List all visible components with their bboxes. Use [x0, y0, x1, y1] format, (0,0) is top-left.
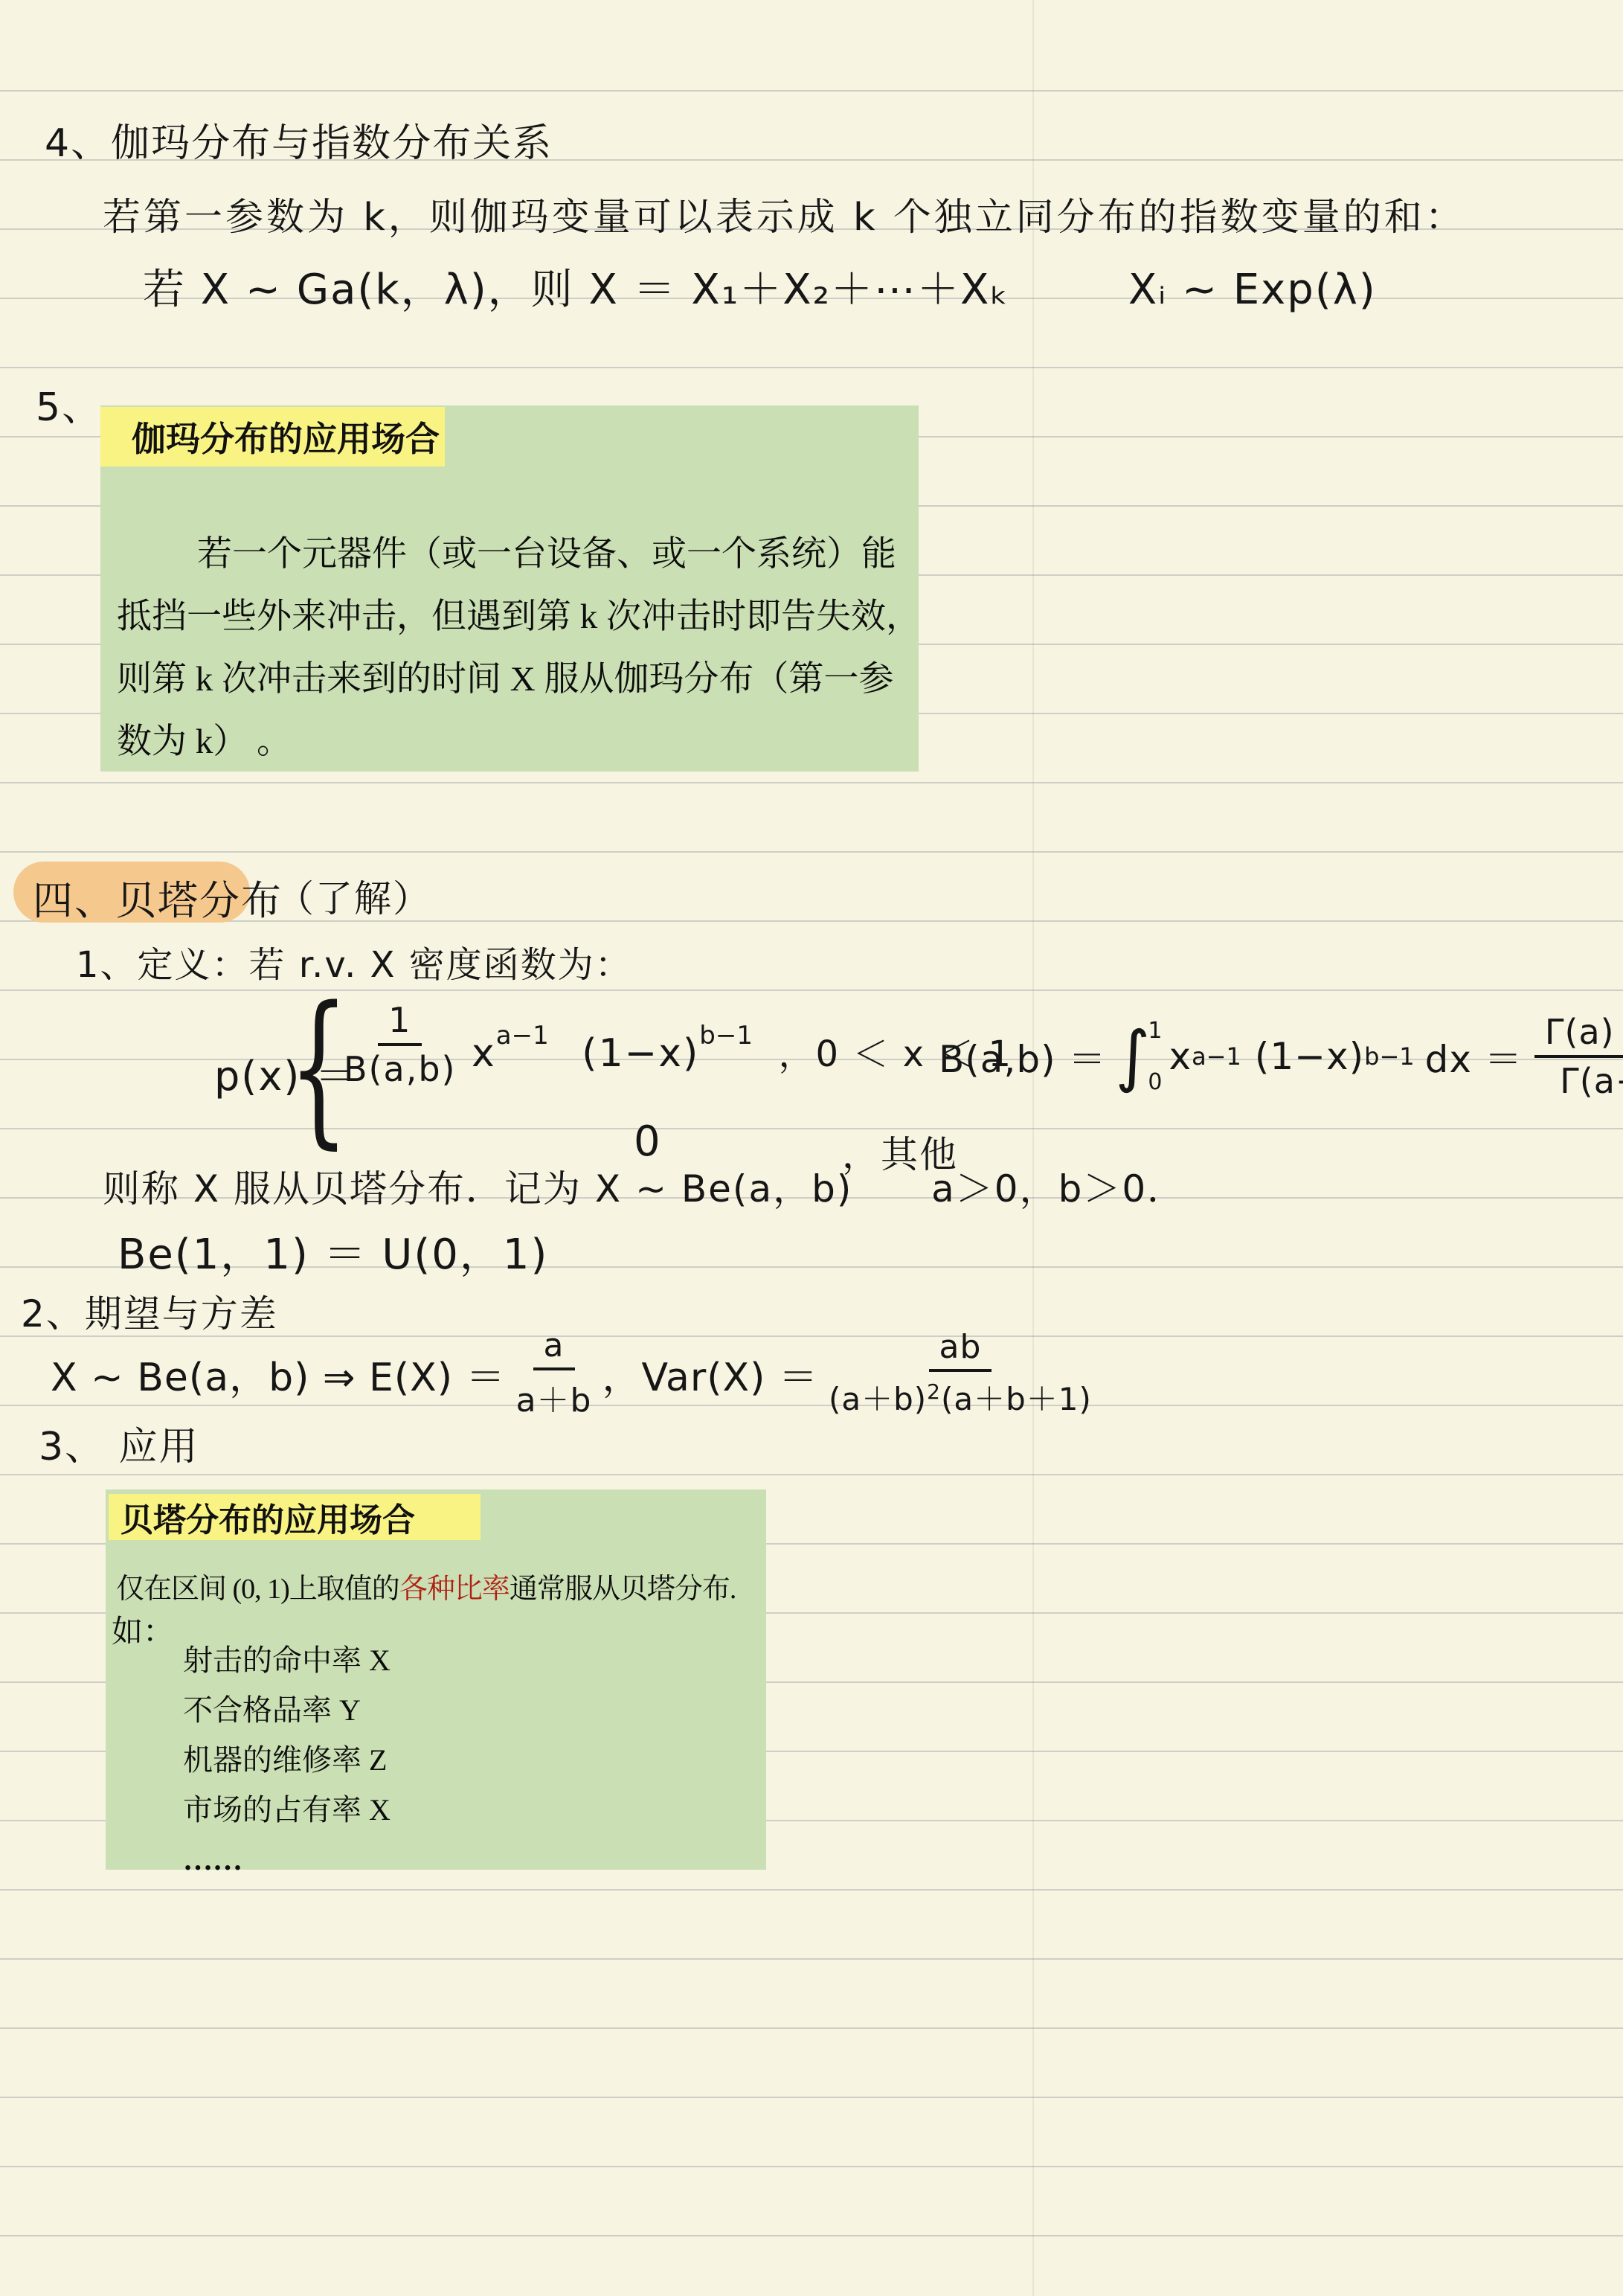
pdf-x: x [472, 1031, 496, 1076]
beta-pdf-kernel: xa−1 (1−x)b−1 ，0 ＜ x ＜ 1 [472, 1021, 1012, 1077]
variance-denominator: (a＋b)2(a＋b＋1) [829, 1372, 1092, 1420]
gamma-box-line: 数为 k） 。 [117, 711, 902, 773]
gamma-application-box: 伽玛分布的应用场合 若一个元器件（或一台设备、或一个系统）能 抵挡一些外来冲击，… [100, 405, 919, 772]
pdf-exponent-a: a−1 [496, 1021, 549, 1051]
list-item-ellipsis: …… [183, 1835, 391, 1885]
piecewise-brace: { [289, 976, 349, 1158]
gamma-ratio-fraction: Γ(a) Γ(b) Γ(a+b) [1534, 1012, 1623, 1101]
list-item: 射击的命中率 X [183, 1635, 391, 1685]
integral-bounds: 1 0 [1148, 1018, 1163, 1095]
expectation-numerator: a [533, 1327, 575, 1370]
moments-formula: X ~ Be(a，b) ⇒ E(X) ＝ a a＋b ，Var(X) ＝ ab … [51, 1329, 1092, 1418]
section4-description: 若第一参数为 k，则伽玛变量可以表示成 k 个独立同分布的指数变量的和： [103, 186, 1466, 241]
beta-follows-line: 则称 X 服从贝塔分布．记为 X ~ Be(a，b) a＞0，b＞0． [103, 1159, 1186, 1213]
beta-pdf-fraction: 1 B(a,b) [344, 1000, 456, 1089]
gamma-box-title-highlight: 伽玛分布的应用场合 [100, 407, 445, 466]
beta-pdf-fraction-numerator: 1 [378, 1000, 422, 1046]
integral-upper-bound: 1 [1148, 1018, 1163, 1044]
gamma-ratio-denominator: Γ(a+b) [1560, 1058, 1623, 1101]
moments-lead: X ~ Be(a，b) ⇒ E(X) ＝ [51, 1346, 506, 1402]
expectation-denominator: a＋b [516, 1370, 592, 1421]
beta-pdf-fraction-denominator: B(a,b) [344, 1046, 456, 1089]
gamma-box-line: 若一个元器件（或一台设备、或一个系统）能 [117, 523, 902, 586]
gamma-box-body: 若一个元器件（或一台设备、或一个系统）能 抵挡一些外来冲击，但遇到第 k 次冲击… [117, 523, 902, 773]
gamma-sum-formula-tail: Xᵢ ~ Exp(λ) [1128, 266, 1377, 314]
beta-section-badge: 四、贝塔分布 [33, 869, 283, 926]
beta-definition-line: 1、定义：若 r.v. X 密度函数为： [76, 936, 632, 987]
beta-application-box: 贝塔分布的应用场合 仅在区间 (0, 1)上取值的各种比率通常服从贝塔分布. 如… [106, 1489, 766, 1870]
beta-fn-dx: dx ＝ [1425, 1030, 1523, 1083]
beta-function-formula: B(a,b) ＝ ∫ 1 0 xa−1 (1−x)b−1 dx ＝ Γ(a) Γ… [939, 997, 1623, 1116]
gamma-ratio-numerator: Γ(a) Γ(b) [1534, 1012, 1623, 1058]
list-item: 不合格品率 Y [183, 1685, 391, 1735]
gamma-box-line: 抵挡一些外来冲击，但遇到第 k 次冲击时即告失效， [117, 586, 902, 648]
beta-box-title: 贝塔分布的应用场合 [109, 1493, 415, 1541]
variance-fraction: ab (a＋b)2(a＋b＋1) [829, 1328, 1092, 1420]
beta-section-badge-suffix: （了解） [277, 869, 431, 923]
beta-fn-lhs: B(a,b) ＝ [939, 1030, 1106, 1083]
pdf-one-minus-x: (1−x) [582, 1031, 699, 1076]
beta-parameter-condition: a＞0，b＞0． [931, 1167, 1186, 1210]
variance-den-b: (a＋b＋1) [941, 1381, 1092, 1417]
item5-label: 5、 [36, 376, 102, 432]
beta-fn-x: x [1169, 1035, 1192, 1078]
list-item: 市场的占有率 X [183, 1785, 391, 1835]
section4-heading: 4、伽玛分布与指数分布关系 [45, 112, 553, 167]
application-heading: 3、 应用 [39, 1415, 199, 1471]
variance-den-a: (a＋b) [829, 1381, 927, 1417]
notebook-page: 4、伽玛分布与指数分布关系 若第一参数为 k，则伽玛变量可以表示成 k 个独立同… [0, 0, 1623, 2296]
beta-box-summary-prefix: 仅在区间 (0, 1)上取值的 [116, 1574, 399, 1605]
beta-box-example-list: 射击的命中率 X 不合格品率 Y 机器的维修率 Z 市场的占有率 X …… [183, 1635, 391, 1885]
beta-box-summary-red: 各种比率 [399, 1574, 510, 1605]
beta-box-example-label: 如： [112, 1607, 174, 1652]
integral-sign: ∫ [1115, 1023, 1151, 1090]
beta-uniform-identity: Be(1，1) ＝ U(0，1) [118, 1222, 548, 1281]
beta-follows-text: 则称 X 服从贝塔分布．记为 X ~ Be(a，b) [103, 1167, 852, 1210]
pdf-exponent-b: b−1 [699, 1021, 753, 1051]
gamma-box-line: 则第 k 次冲击来到的时间 X 服从伽玛分布（第一参 [117, 648, 902, 711]
moments-mid: ，Var(X) ＝ [602, 1346, 818, 1402]
gamma-sum-formula: 若 X ~ Ga(k，λ)，则 X ＝ X₁＋X₂＋⋯＋Xₖ Xᵢ ~ Exp(… [143, 257, 1377, 316]
page-crease [1032, 0, 1034, 2296]
beta-box-summary-suffix: 通常服从贝塔分布. [510, 1574, 736, 1605]
gamma-sum-formula-main: 若 X ~ Ga(k，λ)，则 X ＝ X₁＋X₂＋⋯＋Xₖ [143, 266, 1009, 314]
beta-fn-exponent-b: b−1 [1364, 1042, 1414, 1071]
beta-fn-one-minus-x: (1−x) [1255, 1035, 1364, 1078]
integral-lower-bound: 0 [1148, 1069, 1163, 1095]
gamma-box-title: 伽玛分布的应用场合 [100, 412, 440, 461]
variance-den-square: 2 [927, 1379, 941, 1404]
variance-numerator: ab [929, 1328, 992, 1372]
beta-fn-exponent-a: a−1 [1192, 1042, 1241, 1071]
expectation-fraction: a a＋b [516, 1327, 592, 1421]
beta-box-summary: 仅在区间 (0, 1)上取值的各种比率通常服从贝塔分布. [116, 1565, 736, 1606]
beta-box-title-highlight: 贝塔分布的应用场合 [109, 1494, 481, 1540]
list-item: 机器的维修率 Z [183, 1735, 391, 1785]
